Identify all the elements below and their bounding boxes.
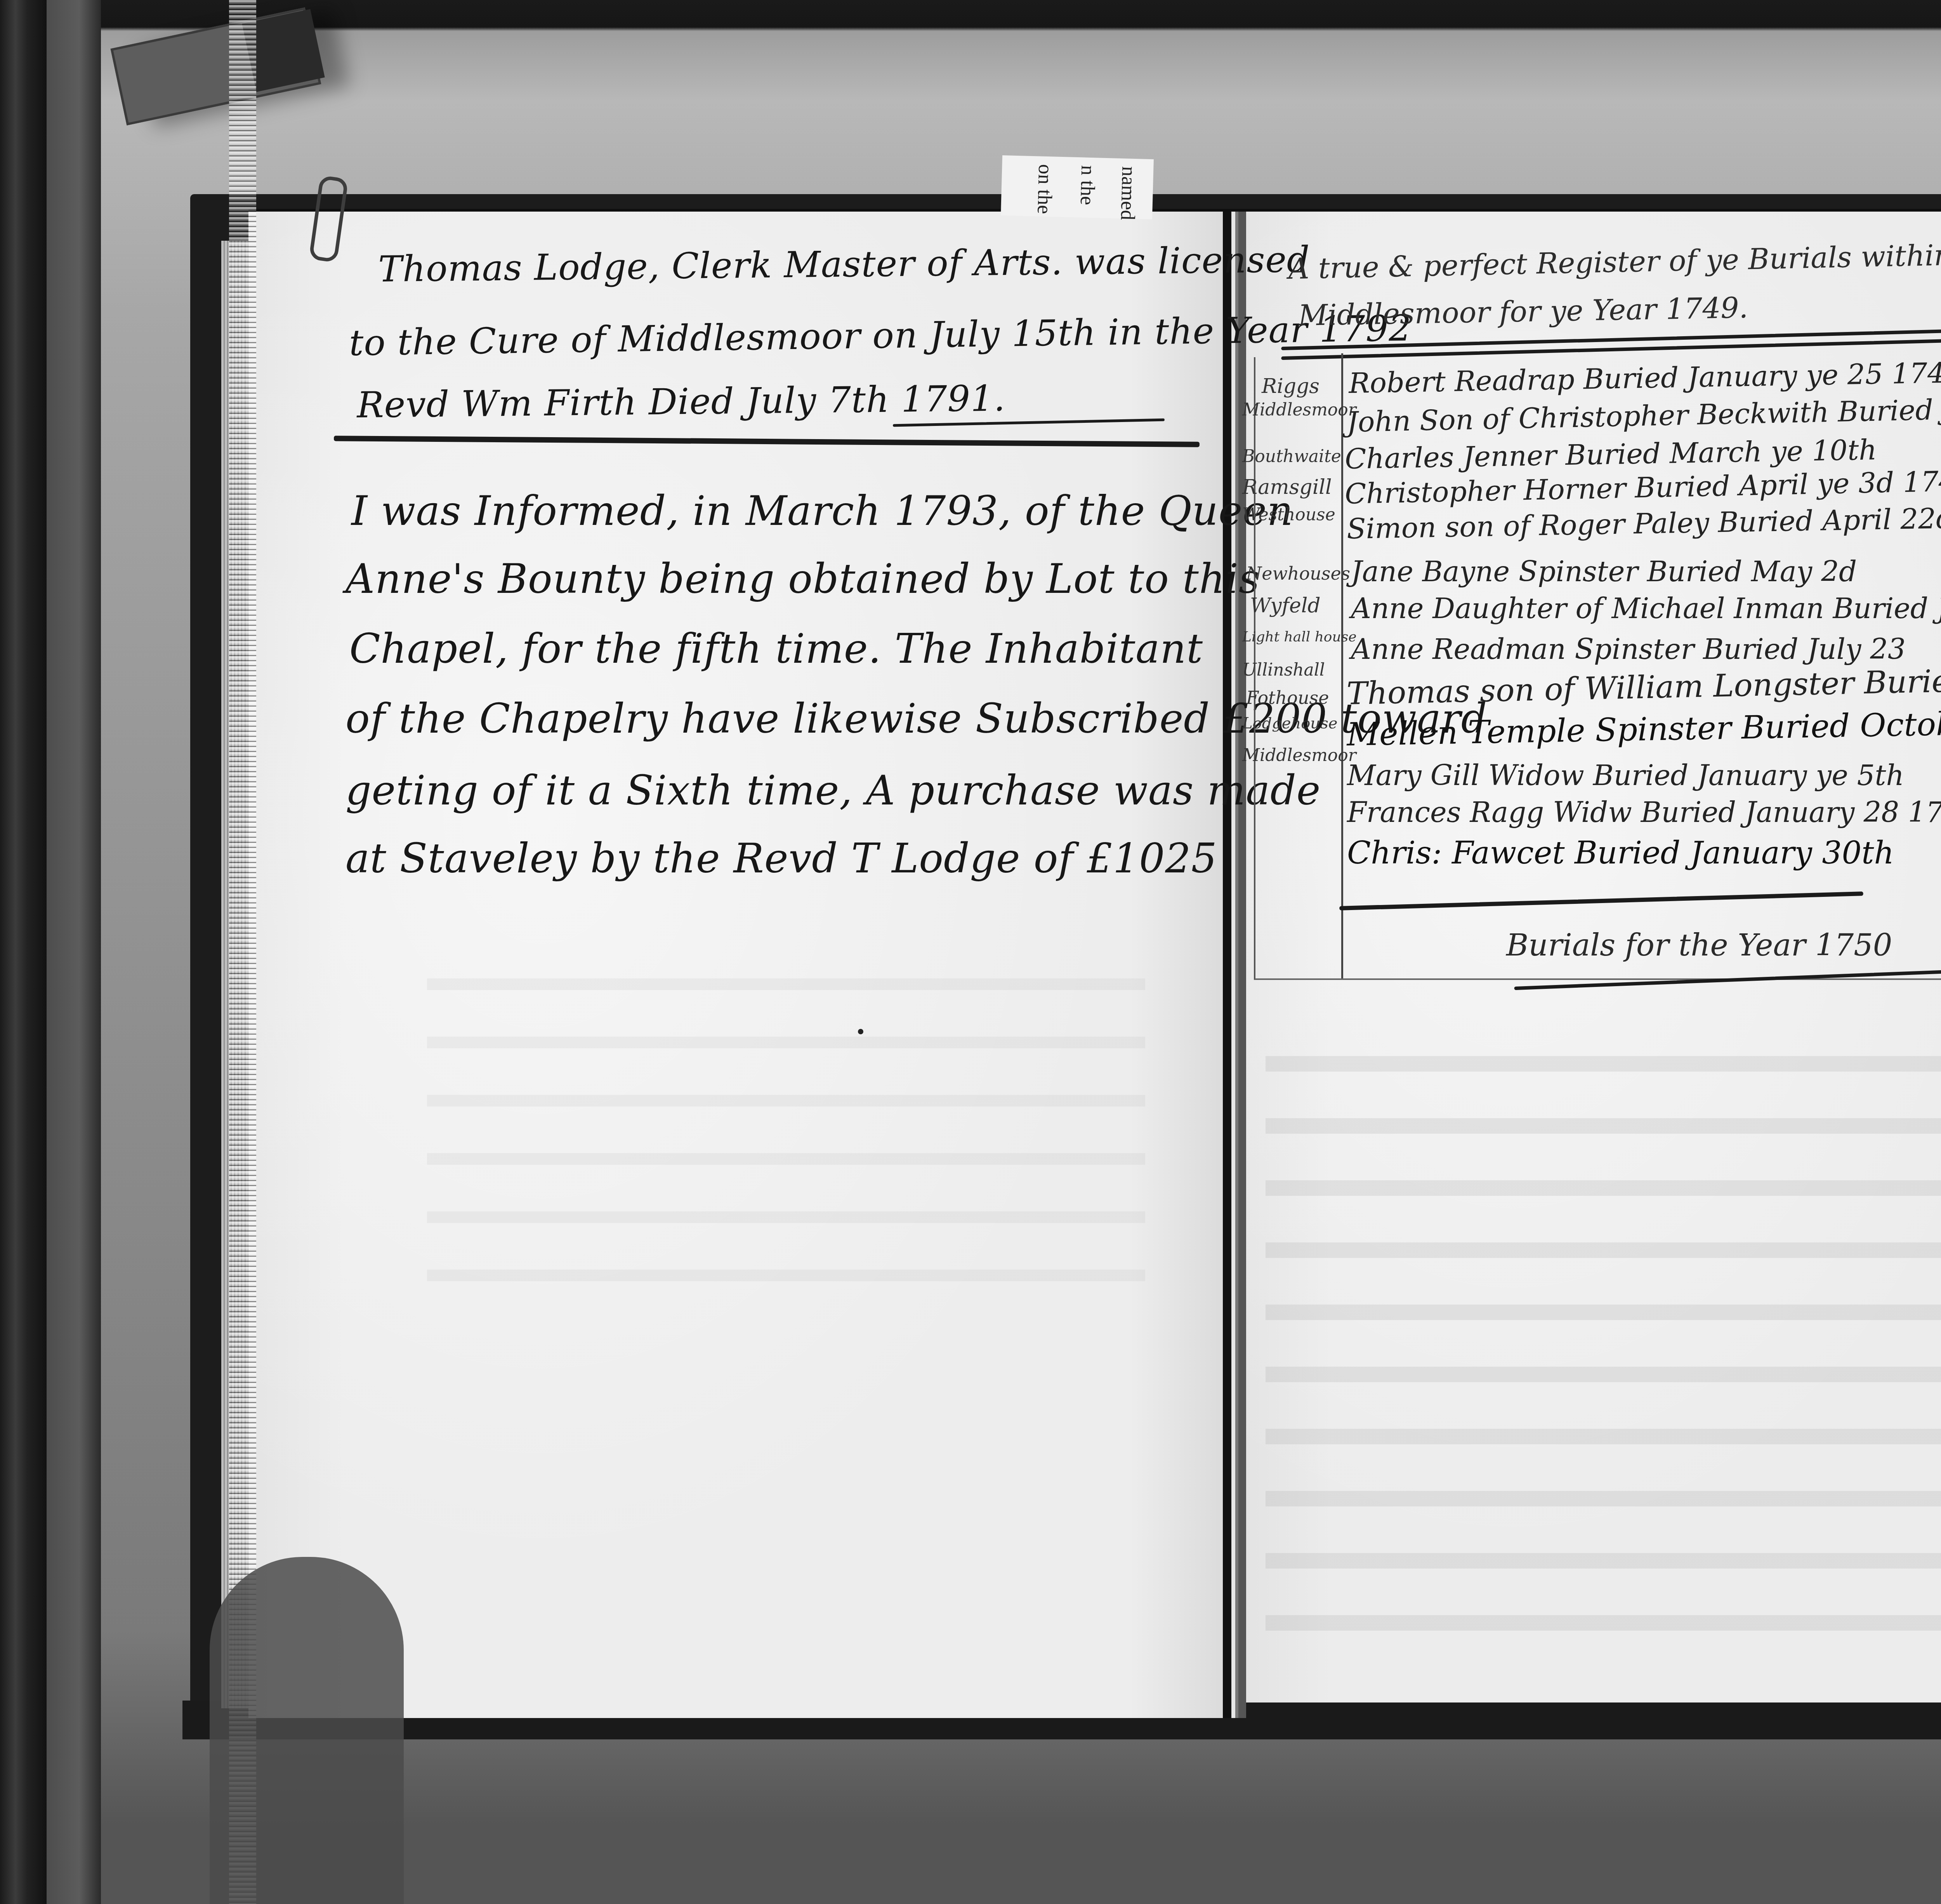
margin-place: Ullinshall: [1242, 660, 1325, 680]
header-line: Revd Wm Firth Died July 7th 1791.: [357, 378, 1006, 426]
body-line: Chapel, for the fifth time. The Inhabita…: [349, 625, 1203, 672]
margin-place: Westhouse: [1242, 505, 1335, 525]
bookmark-text: on the: [1034, 164, 1055, 214]
burial-entry: Mary Gill Widow Buried January ye 5th: [1347, 759, 1904, 792]
burial-entry: Frances Ragg Widw Buried January 28 1749: [1347, 796, 1941, 829]
photo-frame: [47, 0, 101, 1904]
body-line: at Staveley by the Revd T Lodge of £1025: [345, 835, 1217, 882]
bleedthrough-text-left: [427, 932, 1145, 1281]
burial-entry: Chris: Fawcet Buried January 30th: [1347, 835, 1894, 871]
body-line: geting of it a Sixth time, A purchase wa…: [345, 767, 1321, 814]
next-year-heading: Burials for the Year 1750: [1506, 928, 1892, 963]
bookmark-text: named: [1117, 166, 1139, 221]
book-gutter: [1223, 212, 1246, 1718]
burial-entry: Anne Daughter of Michael Inman Buried Ju…: [1351, 592, 1941, 625]
margin-place: Bouthwaite: [1242, 446, 1341, 466]
margin-place: Newhouses: [1246, 563, 1350, 584]
burial-entry: Jane Bayne Spinster Buried May 2d: [1351, 555, 1857, 588]
margin-place: Light hall house: [1242, 629, 1357, 645]
margin-place: Riggs: [1262, 375, 1319, 398]
bleedthrough-text-right: [1266, 1017, 1941, 1638]
margin-place: Ramsgill: [1242, 476, 1332, 499]
bookmark-text: n the: [1077, 165, 1098, 205]
photo-plate-edge: [0, 0, 47, 1904]
margin-place: Middlesmoor: [1242, 745, 1356, 765]
bookmark-slip: named n the on the: [1001, 155, 1154, 219]
margin-column-rule: [1341, 353, 1343, 978]
margin-place: Wyfeld: [1250, 594, 1321, 617]
margin-place: Lodgehouse: [1242, 714, 1337, 732]
body-line: I was Informed, in March 1793, of the Qu…: [351, 487, 1293, 535]
body-line: Anne's Bounty being obtained by Lot to t…: [345, 555, 1260, 603]
ink-spot: [858, 1029, 863, 1034]
margin-place: Fothouse: [1246, 687, 1329, 708]
margin-place: Middlesmoor: [1242, 400, 1356, 420]
burial-entry: Anne Readman Spinster Buried July 23: [1351, 633, 1906, 665]
left-hand: [210, 1557, 404, 1904]
